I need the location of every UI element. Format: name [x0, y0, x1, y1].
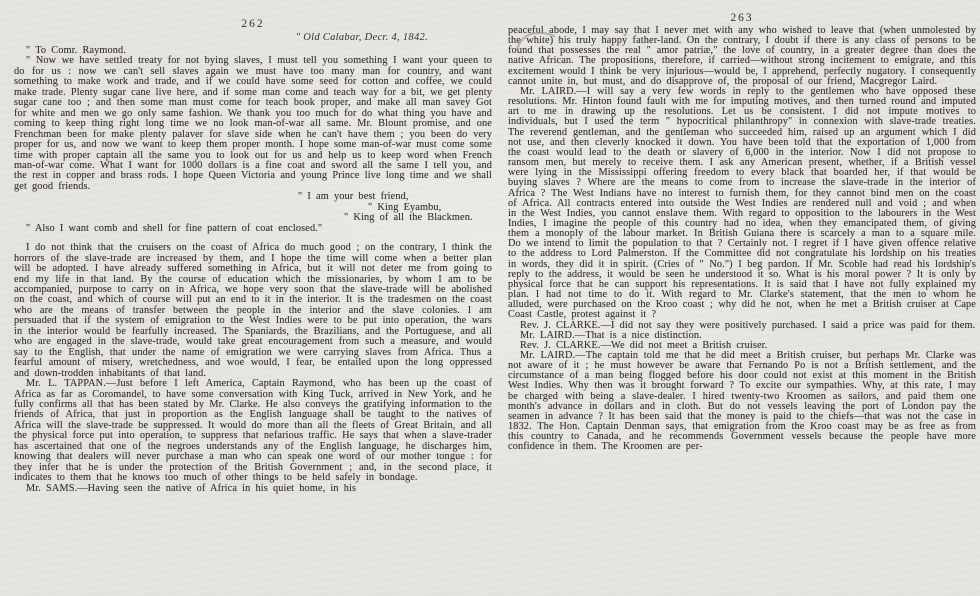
text-paragraph: Mr. LAIRD.—I will say a very few words i…: [508, 87, 976, 321]
text-paragraph: " Also I want comb and shell for fine pa…: [14, 224, 492, 234]
page-number-right: 263: [508, 12, 976, 24]
page-262: 262 " Old Calabar, Decr. 4, 1842. " To C…: [14, 0, 492, 494]
text-paragraph: Mr. SAMS.—Having seen the native of Afri…: [14, 484, 492, 494]
book-scan-sheet: 262 " Old Calabar, Decr. 4, 1842. " To C…: [0, 0, 980, 596]
text-paragraph: I do not think that the cruisers on the …: [14, 243, 492, 379]
page-number-left: 262: [14, 18, 492, 30]
text-paragraph: Mr. L. TAPPAN.—Just before I left Americ…: [14, 379, 492, 484]
text-paragraph: peaceful abode, I may say that I never m…: [508, 26, 976, 87]
letter-dateline: " Old Calabar, Decr. 4, 1842.: [14, 32, 492, 43]
page-text-left: " To Comr. Raymond." Now we have settled…: [14, 46, 492, 494]
text-paragraph: Mr. LAIRD.—The captain told me that he d…: [508, 351, 976, 453]
pencil-mark-icon: [514, 28, 566, 54]
text-paragraph: " Now we have settled treaty for not byi…: [14, 56, 492, 192]
page-263: 263 peaceful abode, I may say that I nev…: [508, 0, 976, 453]
page-text-right: peaceful abode, I may say that I never m…: [508, 26, 976, 453]
